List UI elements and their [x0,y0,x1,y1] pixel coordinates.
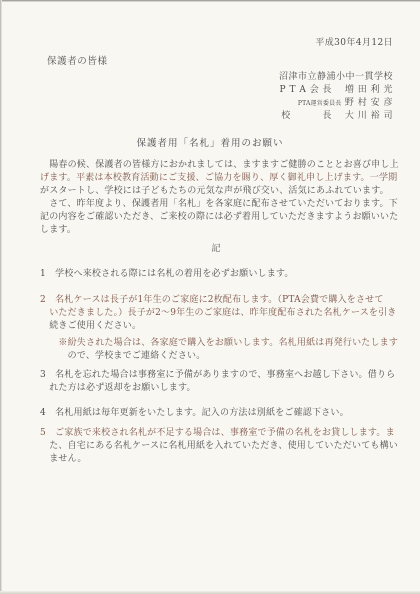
numbered-item-5: 5 ご家族で来校され名札が不足する場合は、事務室で予備の名札をお貸しします。ま … [40,427,394,466]
note-line: ので、学校までご連絡ください。 [40,350,394,363]
scan-edge-left [0,0,2,594]
note-block: ※紛失された場合は、各家庭で購入をお願いします。名札用紙は再発行いたします ので… [40,337,394,363]
paragraph-line: がスタートし、学校には子どもたちの元気な声が飛び交い、活気にあふれています。 [40,185,394,198]
document-title: 保護者用「名札」着用のお願い [0,135,420,149]
item-line: ません。 [40,453,394,466]
item-line: 4 名札用紙は毎年更新をいたします。記入の方法は別紙をご確認下さい。 [40,407,394,420]
recipient-text: 保護者の皆様 [47,55,108,68]
paragraph-line: 記の内容をご確認いただき、ご来校の際には必ず着用していただきますようお願いいた [40,211,394,224]
numbered-item-3: 3 名札を忘れた場合は事務室に予備がありますので、事務室へお越し下さい。借りら … [40,369,394,395]
item-line: 2 名札ケースは長子が1年生のご家庭に2枚配布します。（PTA会費で購入をさせて [40,294,394,307]
numbered-item-4: 4 名札用紙は毎年更新をいたします。記入の方法は別紙をご確認下さい。 [40,407,394,420]
scanned-letter-page: { "colors": { "paper": "#f8f7f1", "ink":… [0,0,420,594]
item-line: れた方は必ず返却をお願いします。 [40,382,394,395]
item-line: た、自宅にある名札ケースに名札用紙を入れていただき、使用していただいても構い [40,440,394,453]
pta-committee-title: PTA運営委員長 [298,100,342,107]
paragraph-line: 陽春の候、保護者の皆様方におかれましては、ますますご健勝のこととお喜び申し上 [40,159,394,172]
pta-chair-line: P T A 会 長 増 田 利 光 [279,84,393,97]
opening-paragraph: 陽春の候、保護者の皆様方におかれましては、ますますご健勝のこととお喜び申し上 げ… [40,159,394,237]
scan-edge-top [0,0,420,2]
paragraph-line: します。 [40,224,394,237]
date-text: 平成30年4月12日 [315,37,393,50]
paragraph-line: さて、昨年度より、保護者用「名札」を各家庭に配布させていただいております。下 [40,198,394,211]
note-line: ※紛失された場合は、各家庭で購入をお願いします。名札用紙は再発行いたします [40,337,394,350]
principal-line: 校 長 大 川 裕 司 [279,110,393,123]
item-line: 5 ご家族で来校され名札が不足する場合は、事務室で予備の名札をお貸しします。ま [40,427,394,440]
item-line: 続きご使用ください。 [40,320,394,333]
item-line: 1 学校へ来校される際には名札の着用を必ずお願いします。 [40,268,394,281]
document-body: 陽春の候、保護者の皆様方におかれましては、ますますご健勝のこととお喜び申し上 げ… [40,159,394,466]
numbered-item-2: 2 名札ケースは長子が1年生のご家庭に2枚配布します。（PTA会費で購入をさせて… [40,294,394,333]
item-line: 3 名札を忘れた場合は事務室に予備がありますので、事務室へお越し下さい。借りら [40,369,394,382]
pta-committee-name: 野 村 安 彦 [342,98,393,108]
pta-committee-line: PTA運営委員長 野 村 安 彦 [279,97,393,110]
item-line: いただきました。）長子が2～9年生のご家庭は、昨年度配布された名札ケースを引き [40,307,394,320]
sender-block: 沼津市立静浦小中一貫学校 P T A 会 長 増 田 利 光 PTA運営委員長 … [279,71,393,123]
ki-marker: 記 [40,243,394,256]
school-name: 沼津市立静浦小中一貫学校 [279,71,393,84]
numbered-item-1: 1 学校へ来校される際には名札の着用を必ずお願いします。 [40,268,394,281]
paragraph-line: げます。平素は本校教育活動にご支援、ご協力を賜り、厚く御礼申し上げます。一学期 [40,172,394,185]
